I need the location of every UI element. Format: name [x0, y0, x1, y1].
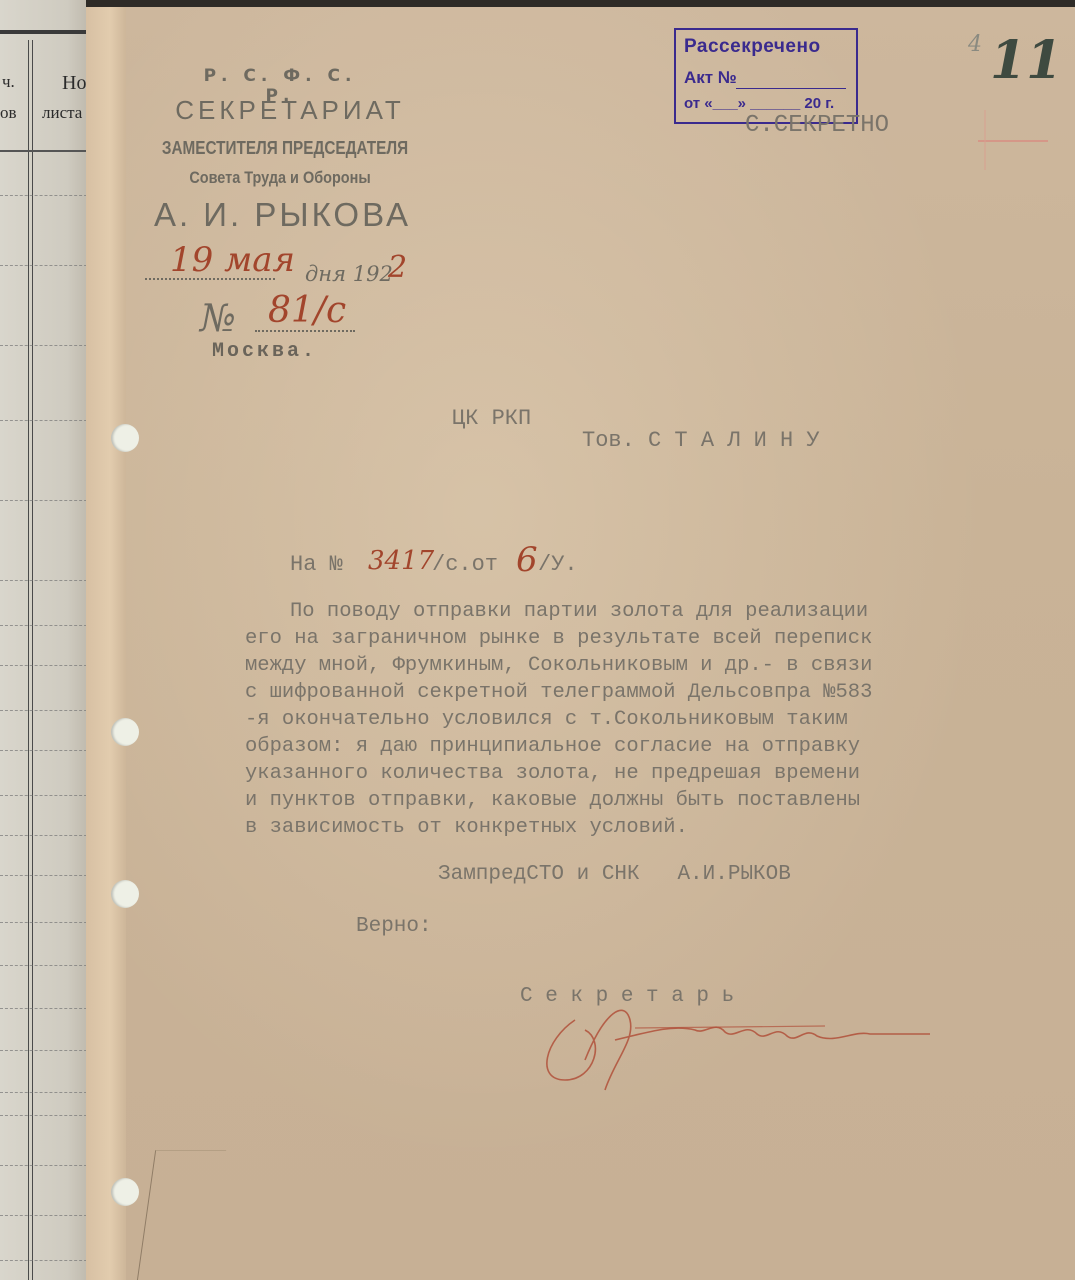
ledger-dotted-rule: [0, 835, 92, 836]
ledger-dotted-rule: [0, 710, 92, 711]
reference-number: 3417: [368, 546, 434, 576]
ledger-dotted-rule: [0, 1215, 92, 1216]
letterhead-secretariat: СЕКРЕТАРИАТ: [150, 95, 430, 126]
body-line: и пунктов отправки, каковые должны быть …: [245, 789, 860, 812]
declassified-act-label: Акт №: [684, 68, 737, 88]
ledger-header-col1-line1: ч.: [2, 72, 15, 92]
ledger-dotted-rule: [0, 625, 92, 626]
ledger-dotted-rule: [0, 750, 92, 751]
ledger-header-col2-line2: листа: [42, 103, 82, 123]
ledger-dotted-rule: [0, 1050, 92, 1051]
letterhead-deputy-chair: ЗАМЕСТИТЕЛЯ ПРЕДСЕДАТЕЛЯ: [162, 138, 409, 159]
declassified-title: Рассекречено: [684, 36, 821, 58]
ledger-header-col1-line2: ов: [0, 103, 17, 123]
red-pencil-mark: [978, 140, 1048, 142]
red-pencil-mark: [984, 110, 986, 170]
secretary-signature: [535, 1000, 935, 1090]
addressee-recipient: Тов. С Т А Л И Н У: [582, 428, 820, 453]
reference-middle: /с.от: [432, 552, 498, 577]
ledger-dotted-rule: [0, 500, 92, 501]
city: Москва.: [212, 340, 317, 363]
signature-scribble-icon: [535, 1000, 935, 1100]
ledger-dotted-rule: [0, 795, 92, 796]
ledger-dotted-rule: [0, 922, 92, 923]
ledger-column-line: [32, 40, 33, 1280]
punch-hole: [111, 424, 139, 452]
year-handwritten: 2: [388, 250, 407, 285]
ledger-dotted-rule: [0, 1115, 92, 1116]
reference-prefix: На №: [290, 552, 343, 577]
declassified-date-label: от «___» ______ 20 г.: [684, 95, 834, 112]
punch-hole: [111, 718, 139, 746]
addressee-org: ЦК РКП: [452, 406, 531, 431]
number-sign: №: [200, 296, 236, 340]
ledger-header-rule: [0, 150, 96, 152]
ledger-dotted-rule: [0, 580, 92, 581]
body-line: с шифрованной секретной телеграммой Дель…: [245, 681, 872, 704]
ledger-page: ч. ов Но листа: [0, 0, 96, 1280]
ledger-dotted-rule: [0, 665, 92, 666]
ledger-dotted-rule: [0, 195, 92, 196]
number-handwritten: 81/с: [268, 290, 346, 331]
ledger-dotted-rule: [0, 345, 92, 346]
verified-label: Верно:: [356, 915, 432, 938]
body-line: в зависимость от конкретных условий.: [245, 816, 688, 839]
body-line: образом: я даю принципиальное согласие н…: [245, 735, 860, 758]
declassified-act-line: [736, 88, 846, 89]
punch-hole: [111, 880, 139, 908]
ledger-dotted-rule: [0, 1165, 92, 1166]
ledger-dotted-rule: [0, 420, 92, 421]
ledger-column-line: [28, 40, 29, 1280]
reference-suffix: /У.: [538, 552, 578, 577]
sheet-top-edge: [86, 0, 1075, 7]
letterhead-council: Совета Труда и Обороны: [182, 168, 378, 188]
ledger-top-rule: [0, 30, 96, 34]
ledger-dotted-rule: [0, 1092, 92, 1093]
folio-old-number: 4: [968, 32, 982, 57]
paper-tear: [137, 1150, 226, 1280]
punch-hole: [111, 1178, 139, 1206]
body-line: между мной, Фрумкиным, Сокольниковым и д…: [245, 654, 872, 677]
ledger-dotted-rule: [0, 1260, 92, 1261]
body-line: По поводу отправки партии золота для реа…: [290, 600, 868, 623]
date-handwritten: 19 мая: [170, 240, 295, 280]
declassified-stamp: Рассекречено Акт № от «___» ______ 20 г.: [674, 28, 858, 124]
ledger-dotted-rule: [0, 965, 92, 966]
ledger-dotted-rule: [0, 875, 92, 876]
classification-label: С.СЕКРЕТНО: [745, 112, 889, 139]
body-line: его на заграничном рынке в результате вс…: [245, 627, 872, 650]
body-line: -я окончательно условился с т.Сокольнико…: [245, 708, 848, 731]
ledger-dotted-rule: [0, 1008, 92, 1009]
signer-line: ЗампредСТО и СНК А.И.РЫКОВ: [438, 863, 791, 886]
ledger-header-col2-line1: Но: [62, 72, 86, 95]
letterhead-name: А. И. РЫКОВА: [140, 196, 425, 234]
binding-margin: [86, 0, 126, 1280]
ledger-dotted-rule: [0, 265, 92, 266]
body-line: указанного количества золота, не предреш…: [245, 762, 860, 785]
folio-number: 11: [990, 30, 1062, 91]
reference-day: 6: [516, 540, 538, 580]
date-printed: дня 192: [305, 262, 393, 286]
